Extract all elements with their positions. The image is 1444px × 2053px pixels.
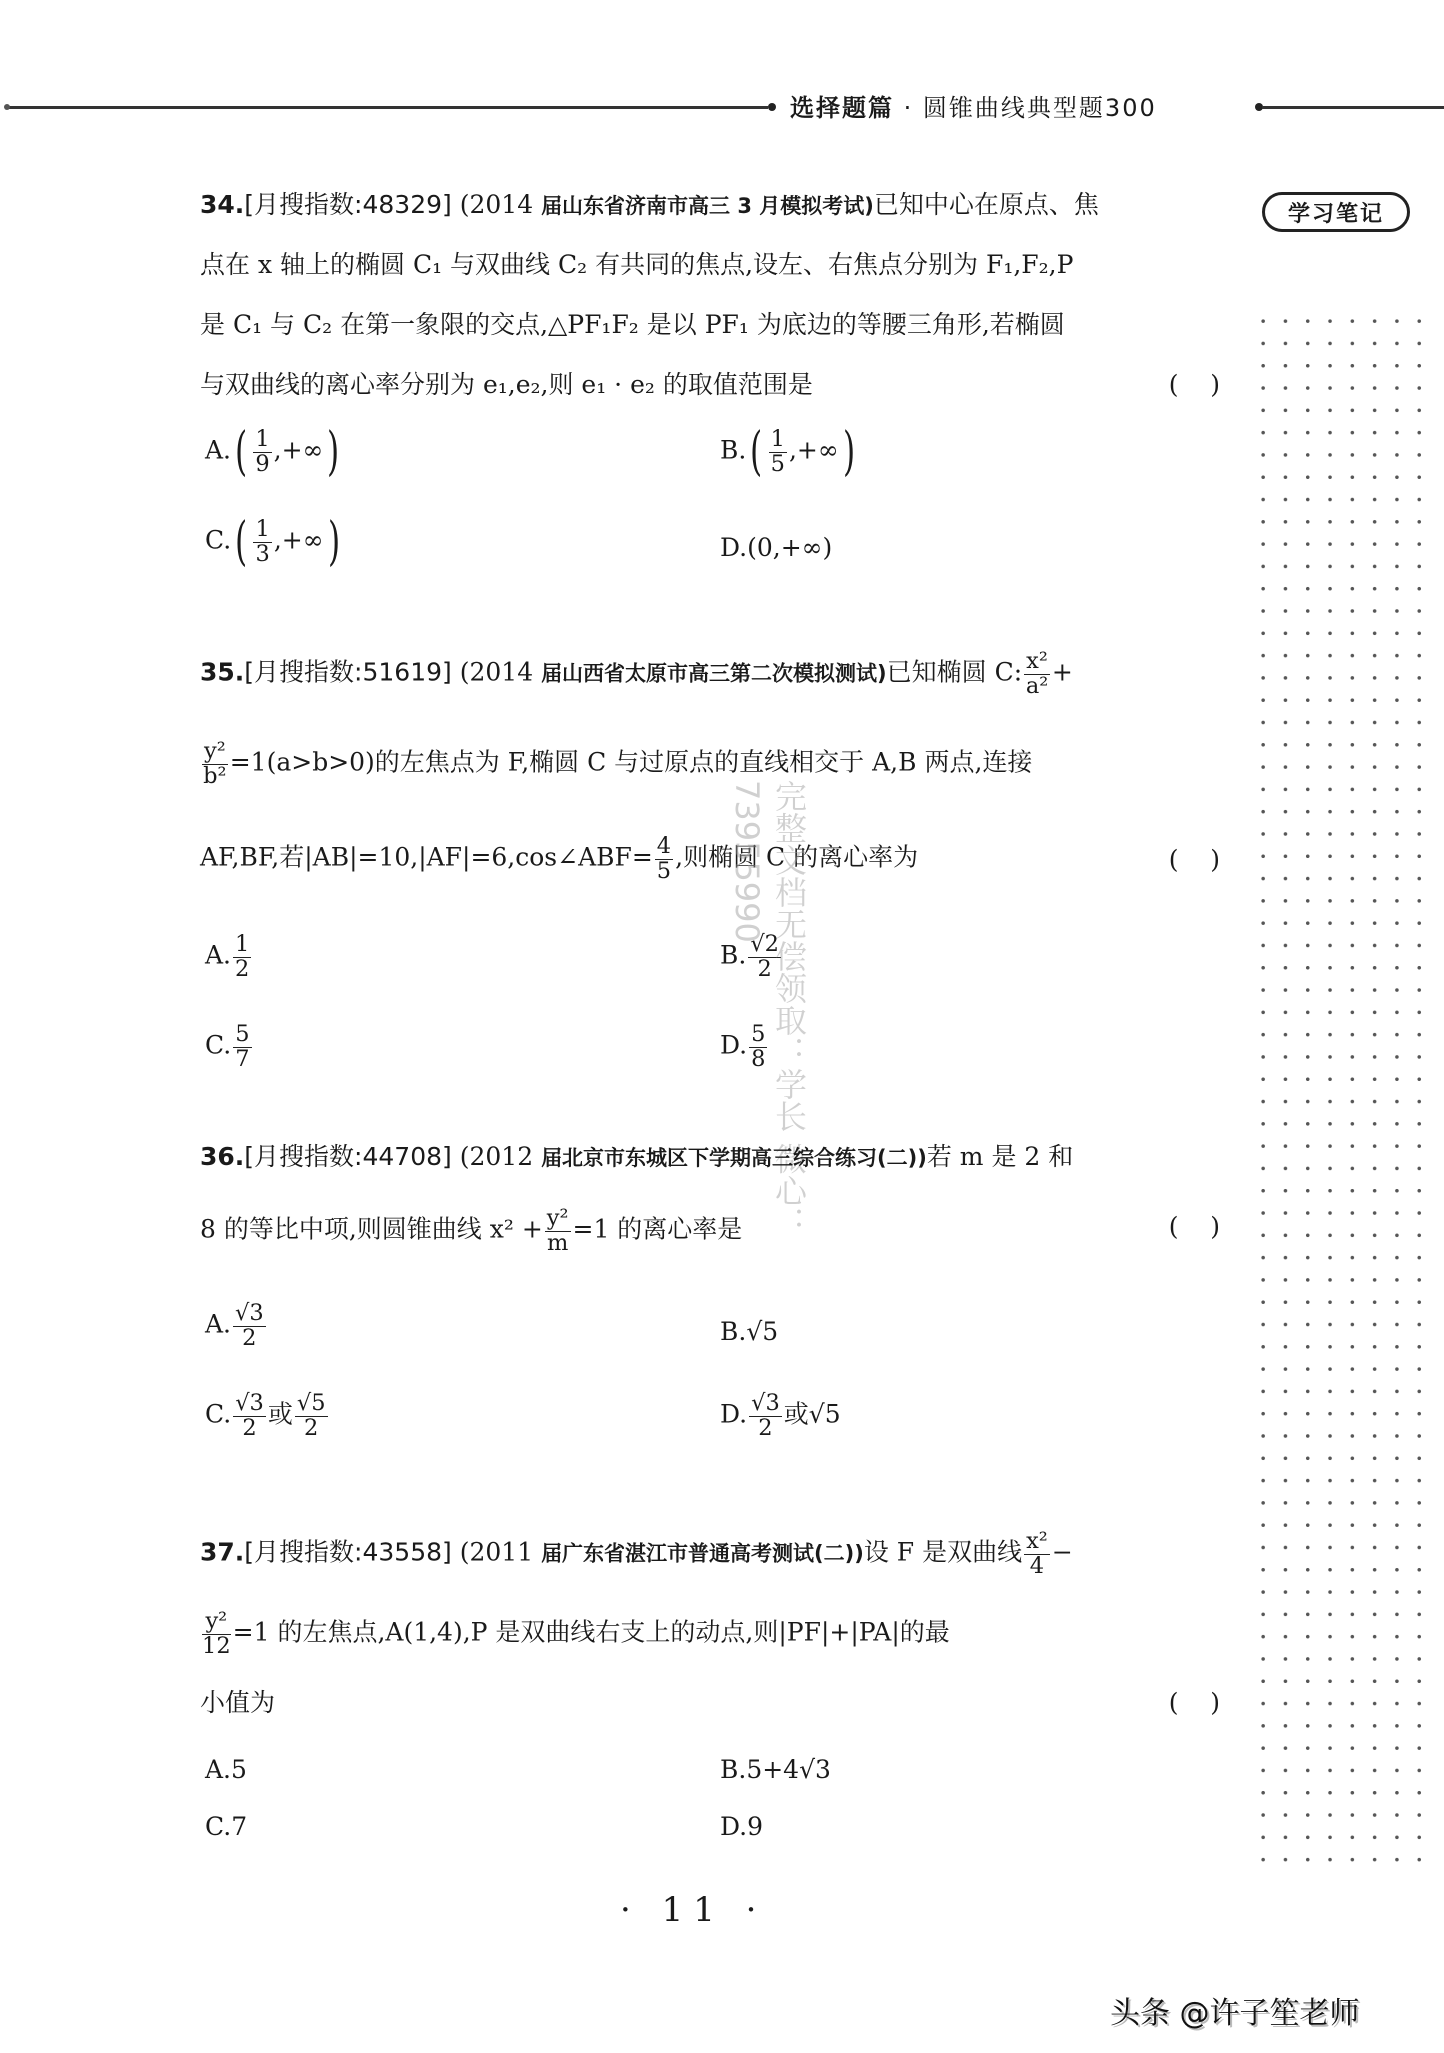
denominator: m [545,1232,571,1256]
question-35-line-3: AF,BF,若|AB|=10,|AF|=6,cos∠ABF=45,则椭圆 C 的… [200,835,918,883]
option-label: B. [720,941,746,970]
answer-blank[interactable]: ( ) [1169,370,1220,400]
right-paren: ) [327,437,339,467]
fraction: 19 [253,428,271,476]
left-paren: ( [750,437,762,467]
fraction: 58 [749,1023,767,1071]
denominator: 2 [295,1417,328,1441]
denominator: 7 [233,1048,251,1072]
stem-text: 已知中心在原点、焦 [874,190,1099,219]
option-label: D. [720,1400,747,1429]
question-37-line-2: y²12=1 的左焦点,A(1,4),P 是双曲线右支上的动点,则|PF|+|P… [200,1610,950,1658]
option-label: D. [720,533,747,562]
fraction-x2-a2: x²a² [1024,650,1050,698]
fraction: √32 [233,1392,266,1440]
denominator: 2 [748,958,781,982]
option-a[interactable]: A.(19,+∞) [205,428,344,476]
denominator: 8 [749,1048,767,1072]
denominator: 2 [749,1417,782,1441]
numerator: y² [202,740,228,765]
question-34-line-4: 与双曲线的离心率分别为 e₁,e₂,则 e₁ · e₂ 的取值范围是 [200,370,813,400]
denominator: 5 [655,860,673,884]
left-paren: ( [235,527,247,557]
question-number: 35. [200,658,244,687]
option-d[interactable]: D.(0,+∞) [720,533,832,563]
option-label: C. [205,1400,231,1429]
answer-blank[interactable]: ( ) [1169,845,1220,875]
numerator: 5 [749,1023,767,1048]
option-text: √5 [809,1400,841,1429]
option-a[interactable]: A.√32 [205,1302,268,1350]
stem-text: 已知椭圆 C: [887,658,1023,687]
option-d[interactable]: D.58 [720,1023,769,1071]
source-year: (2014 [460,190,533,219]
denominator: b² [202,765,228,789]
numerator: √5 [295,1392,328,1417]
left-paren: ( [235,437,247,467]
search-index: [月搜指数:44708] [244,1142,451,1171]
option-c[interactable]: C.(13,+∞) [205,518,344,566]
option-label: A. [205,436,231,465]
author-credit: 头条 @许子笙老师 [1110,1988,1360,2032]
stem-text: 若 m 是 2 和 [927,1142,1073,1171]
option-label: B. [720,1317,746,1346]
numerator: 5 [233,1023,251,1048]
question-36: 36.[月搜指数:44708] (2012 届北京市东城区下学期高三综合练习(二… [200,1142,1220,1472]
source: 届山东省济南市高三 3 月模拟考试) [541,194,874,218]
right-paren: ) [843,437,855,467]
fraction: 57 [233,1023,251,1071]
header-separator: · [904,94,914,122]
option-label: D. [720,1031,747,1060]
option-text: 7 [231,1812,247,1841]
option-text: 5 [231,1755,247,1784]
option-a[interactable]: A.12 [205,933,253,981]
notes-dot-grid [1252,310,1436,1865]
answer-blank[interactable]: ( ) [1169,1688,1220,1718]
stem-text: =1 的离心率是 [573,1215,743,1244]
question-number: 34. [200,190,244,219]
search-index: [月搜指数:48329] [244,190,451,219]
search-index: [月搜指数:43558] [244,1538,451,1567]
source: 届广东省湛江市普通高考测试(二)) [541,1542,864,1566]
numerator: x² [1024,650,1050,675]
question-37-line-3: 小值为 [200,1688,275,1718]
source-year: (2012 [460,1142,533,1171]
page-number: · 11 · [620,1890,767,1930]
numerator: x² [1024,1530,1050,1555]
option-label: B. [720,1755,746,1784]
numerator: √2 [748,933,781,958]
denominator: 9 [253,453,271,477]
fraction: √22 [748,933,781,981]
denominator: 2 [233,1417,266,1441]
option-b[interactable]: B.√5 [720,1317,778,1347]
option-text: 9 [747,1812,763,1841]
denominator: a² [1024,675,1050,699]
option-label: A. [205,1755,231,1784]
option-text: √5 [746,1317,778,1346]
numerator: y² [545,1207,571,1232]
denominator: 5 [769,453,787,477]
or-text: 或 [268,1400,293,1429]
numerator: y² [202,1610,231,1635]
option-tail: ,+∞ [789,436,839,465]
right-paren: ) [328,527,340,557]
header-rule-left [8,106,768,109]
stem-text: ,则椭圆 C 的离心率为 [675,843,918,872]
question-35: 35.[月搜指数:51619] (2014 届山西省太原市高三第二次模拟测试)已… [200,650,1220,1070]
numerator: √3 [233,1302,266,1327]
fraction: √32 [233,1302,266,1350]
option-c[interactable]: C.57 [205,1023,254,1071]
option-b[interactable]: B.(15,+∞) [720,428,859,476]
question-37-line-1: 37.[月搜指数:43558] (2011 届广东省湛江市普通高考测试(二))设… [200,1530,1073,1578]
question-35-line-2: y²b²=1(a>b>0)的左焦点为 F,椭圆 C 与过原点的直线相交于 A,B… [200,740,1032,788]
fraction-cos: 45 [655,835,673,883]
denominator: 4 [1024,1555,1050,1579]
option-b[interactable]: B.5+4√3 [720,1755,831,1785]
source: 届北京市东城区下学期高三综合练习(二)) [541,1146,927,1170]
stem-text: =1 的左焦点,A(1,4),P 是双曲线右支上的动点,则|PF|+|PA|的最 [233,1618,950,1647]
study-notes-badge: 学习笔记 [1262,192,1410,232]
option-c[interactable]: C.√32或√52 [205,1392,330,1440]
option-label: A. [205,1310,231,1339]
numerator: 4 [655,835,673,860]
option-text: (0,+∞) [747,533,832,562]
option-b[interactable]: B.√22 [720,933,783,981]
fraction: 15 [769,428,787,476]
fraction-y2-m: y²m [545,1207,571,1255]
fraction-x2-4: x²4 [1024,1530,1050,1578]
numerator: 1 [253,428,271,453]
numerator: √3 [233,1392,266,1417]
option-label: A. [205,941,231,970]
question-36-line-1: 36.[月搜指数:44708] (2012 届北京市东城区下学期高三综合练习(二… [200,1142,1073,1173]
source-year: (2011 [460,1538,533,1567]
numerator: 1 [253,518,271,543]
running-header: 选择题篇 · 圆锥曲线典型题300 [790,88,1157,123]
denominator: 3 [253,543,271,567]
option-d[interactable]: D.√32或√5 [720,1392,841,1440]
section-name: 选择题篇 [790,94,894,122]
question-37: 37.[月搜指数:43558] (2011 届广东省湛江市普通高考测试(二))设… [200,1530,1220,1870]
question-34-line-1: 34.[月搜指数:48329] (2014 届山东省济南市高三 3 月模拟考试)… [200,190,1099,221]
fraction: 13 [253,518,271,566]
stem-text: AF,BF,若|AB|=10,|AF|=6,cos∠ABF= [200,843,653,872]
option-text: 5+4√3 [746,1755,831,1784]
numerator: 1 [233,933,251,958]
option-a[interactable]: A.5 [205,1755,247,1785]
option-d[interactable]: D.9 [720,1812,763,1842]
fraction: 12 [233,933,251,981]
option-c[interactable]: C.7 [205,1812,247,1842]
option-label: D. [720,1812,747,1841]
fraction-y2-12: y²12 [202,1610,231,1658]
option-label: C. [205,526,231,555]
denominator: 12 [202,1635,231,1659]
header-dot-left [768,103,776,111]
question-36-line-2: 8 的等比中项,则圆锥曲线 x² +y²m=1 的离心率是 [200,1207,742,1255]
source-year: (2014 [460,658,533,687]
option-tail: ,+∞ [274,526,324,555]
numerator: √3 [749,1392,782,1417]
fraction-y2-b2: y²b² [202,740,228,788]
question-34-line-2: 点在 x 轴上的椭圆 C₁ 与双曲线 C₂ 有共同的焦点,设左、右焦点分别为 F… [200,250,1073,280]
question-35-line-1: 35.[月搜指数:51619] (2014 届山西省太原市高三第二次模拟测试)已… [200,650,1073,698]
stem-text: =1(a>b>0)的左焦点为 F,椭圆 C 与过原点的直线相交于 A,B 两点,… [230,748,1033,777]
question-34-line-3: 是 C₁ 与 C₂ 在第一象限的交点,△PF₁F₂ 是以 PF₁ 为底边的等腰三… [200,310,1065,340]
denominator: 2 [233,1327,266,1351]
stem-text: 设 F 是双曲线 [864,1538,1022,1567]
fraction: √32 [749,1392,782,1440]
stem-text: 8 的等比中项,则圆锥曲线 x² + [200,1215,543,1244]
fraction: √52 [295,1392,328,1440]
option-label: C. [205,1031,231,1060]
denominator: 2 [233,958,251,982]
book-title: 圆锥曲线典型题300 [923,94,1157,122]
numerator: 1 [769,428,787,453]
option-label: B. [720,436,746,465]
option-label: C. [205,1812,231,1841]
or-text: 或 [784,1400,809,1429]
question-number: 36. [200,1142,244,1171]
question-34: 34.[月搜指数:48329] (2014 届山东省济南市高三 3 月模拟考试)… [200,190,1220,590]
header-rule-right [1262,106,1444,109]
source: 届山西省太原市高三第二次模拟测试) [541,662,887,686]
answer-blank[interactable]: ( ) [1169,1212,1220,1242]
option-tail: ,+∞ [274,436,324,465]
question-number: 37. [200,1538,244,1567]
search-index: [月搜指数:51619] [244,658,451,687]
